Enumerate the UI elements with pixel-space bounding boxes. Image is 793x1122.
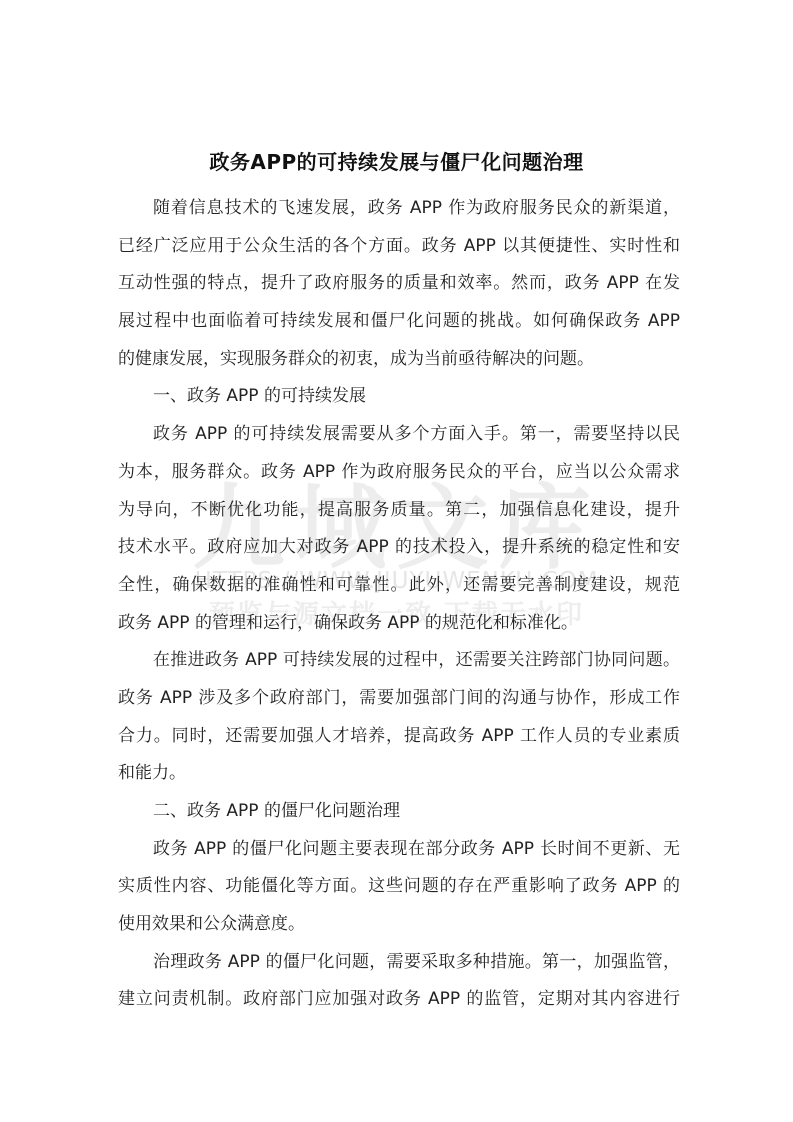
paragraph-line: 合力。同时，还需要加强人才培养，提高政务 APP 工作人员的专业素质 bbox=[118, 718, 680, 756]
paragraph-line: 的健康发展，实现服务群众的初衷，成为当前亟待解决的问题。 bbox=[118, 341, 680, 379]
section-heading: 一、政务 APP 的可持续发展 bbox=[118, 378, 680, 416]
paragraph-line: 在推进政务 APP 可持续发展的过程中，还需要关注跨部门协同问题。 bbox=[118, 642, 680, 680]
document-title: 政务APP的可持续发展与僵尸化问题治理 bbox=[0, 146, 793, 175]
paragraph-line: 实质性内容、功能僵化等方面。这些问题的存在严重影响了政务 APP 的 bbox=[118, 868, 680, 906]
paragraph-line: 已经广泛应用于公众生活的各个方面。政务 APP 以其便捷性、实时性和 bbox=[118, 228, 680, 266]
paragraph-line: 治理政务 APP 的僵尸化问题，需要采取多种措施。第一，加强监管， bbox=[118, 944, 680, 982]
paragraph-line: 随着信息技术的飞速发展，政务 APP 作为政府服务民众的新渠道， bbox=[118, 190, 680, 228]
paragraph-line: 使用效果和公众满意度。 bbox=[118, 906, 680, 944]
paragraph-line: 为导向，不断优化功能，提高服务质量。第二，加强信息化建设，提升 bbox=[118, 492, 680, 530]
paragraph-line: 展过程中也面临着可持续发展和僵尸化问题的挑战。如何确保政务 APP bbox=[118, 303, 680, 341]
paragraph-line: 和能力。 bbox=[118, 755, 680, 793]
document-page: 九域文库 HTTPS://WWW.JIUYUWENKU.COM 预览与源文档一致… bbox=[0, 0, 793, 1122]
paragraph-line: 互动性强的特点，提升了政府服务的质量和效率。然而，政务 APP 在发 bbox=[118, 265, 680, 303]
paragraph-line: 建立问责机制。政府部门应加强对政务 APP 的监管，定期对其内容进行 bbox=[118, 981, 680, 1019]
document-body: 随着信息技术的飞速发展，政务 APP 作为政府服务民众的新渠道，已经广泛应用于公… bbox=[118, 190, 680, 1019]
paragraph-line: 政务 APP 的可持续发展需要从多个方面入手。第一，需要坚持以民 bbox=[118, 416, 680, 454]
paragraph-line: 政务 APP 涉及多个政府部门，需要加强部门间的沟通与协作，形成工作 bbox=[118, 680, 680, 718]
paragraph-line: 政务 APP 的管理和运行，确保政务 APP 的规范化和标准化。 bbox=[118, 605, 680, 643]
paragraph-line: 政务 APP 的僵尸化问题主要表现在部分政务 APP 长时间不更新、无 bbox=[118, 831, 680, 869]
section-heading: 二、政务 APP 的僵尸化问题治理 bbox=[118, 793, 680, 831]
paragraph-line: 技术水平。政府应加大对政务 APP 的技术投入，提升系统的稳定性和安 bbox=[118, 529, 680, 567]
paragraph-line: 全性，确保数据的准确性和可靠性。此外，还需要完善制度建设，规范 bbox=[118, 567, 680, 605]
paragraph-line: 为本，服务群众。政务 APP 作为政府服务民众的平台，应当以公众需求 bbox=[118, 454, 680, 492]
